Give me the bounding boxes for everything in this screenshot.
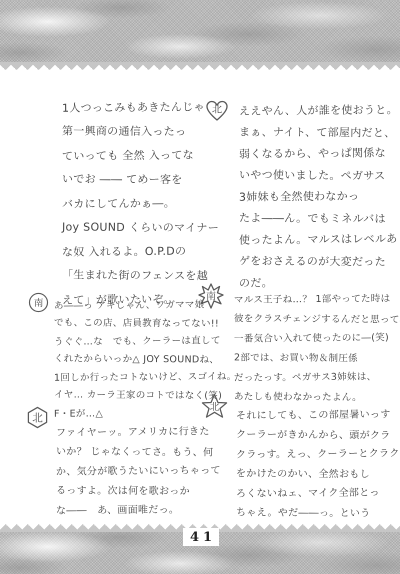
text-line: 2部では、お買い物＆制圧係 <box>234 348 400 369</box>
speaker-marker-star-icon: 北 <box>201 393 228 420</box>
text-line: マルス王子ね…？ 1部やってた時は <box>234 289 400 310</box>
scanned-doujinshi-page: { "page": { "number": "41" }, "markers":… <box>0 0 400 574</box>
text-line: いか？ じゃなくってさ。もう、何 <box>56 442 221 463</box>
text-line: それにしても、この部屋暑いっす <box>236 405 400 426</box>
text-line: ていっても 全然 入ってな <box>62 143 222 168</box>
text-line: 一番気合い入れて使ったのに―(笑) <box>234 328 400 349</box>
page-number: 41 <box>183 528 219 546</box>
text-line: イヤ… カーラ王家のコトではなく(笑) <box>54 386 224 405</box>
text-line: たよ――ん。でもミネルバは <box>239 207 399 230</box>
top-band-zigzag-edge <box>0 62 400 70</box>
text-line: バカにしてんかぁ―。 <box>62 191 222 216</box>
text-line: くれたからいっか△ JOY SOUNDね、 <box>54 350 224 369</box>
text-line: な―― あ、画面唯だっ。 <box>56 500 221 521</box>
left-column-paragraph-1: 1人つっこみもあきたんじゃ 第一興商の通信入ったっ ていっても 全然 入ってな … <box>62 96 222 312</box>
speaker-marker-hexagon-icon: 北 <box>26 406 49 429</box>
text-line: 弱くなるから、やっぱ関係な <box>239 142 399 165</box>
text-line: ファイヤーッ。アメリカに行きた <box>56 422 221 443</box>
right-column-paragraph-2: マルス王子ね…？ 1部やってた時は 彼をクラスチェンジするんだと思って、 一番気… <box>234 290 400 407</box>
text-line: ちゃえ。やだ――っ。という <box>236 503 400 524</box>
text-line: 使ったよん。マルスはレベルあ <box>239 228 399 251</box>
speaker-marker-heart-icon: 北 <box>205 99 229 122</box>
text-line: だったっす。ペガサス3姉妹は、 <box>234 367 400 388</box>
right-column-paragraph-3: それにしても、この部屋暑いっす クーラーがきかんから、頭がクラ クラっす。えっ、… <box>236 406 400 523</box>
right-column-paragraph-1: ええやん、人が誰を使おうと。 まぁ、ナイト、て部屋内だと、 弱くなるから、やっぱ… <box>239 100 399 294</box>
text-line: をかけたのかい、全然おもし <box>236 464 400 485</box>
text-line: るっすよ。次は何を歌おっか <box>56 481 221 502</box>
text-line: ええやん、人が誰を使おうと。 <box>239 99 399 122</box>
text-line: な奴 入れるよ。O.P.Dの <box>62 239 222 264</box>
text-line: うぐぐ…な でも、クーラーは直して <box>54 332 224 351</box>
text-line: あたしも使わなかったよん。 <box>234 387 400 408</box>
left-column-paragraph-3: ファイヤーッ。アメリカに行きた いか？ じゃなくってさ。もう、何 か、気分が歌う… <box>56 423 221 521</box>
text-line: ろくないねェ、マイク全部とっ <box>236 483 400 504</box>
text-line: Joy SOUND くらいのマイナー <box>62 215 222 240</box>
text-line: クラっす。えっ、クーラーとクラクラ <box>236 444 400 465</box>
text-line: 彼をクラスチェンジするんだと思って、 <box>234 309 400 330</box>
text-line: か、気分が歌うたいにいっちゃって <box>56 461 221 482</box>
left-column-paragraph-2: あ――っ アキしゃん、ワガママ娘 でも、この店、店員教育なってない!! うぐぐ…… <box>54 297 224 423</box>
text-line: 1回しか行ったコトないけど、スゴイね。 <box>54 368 224 387</box>
speaker-marker-label: 北 <box>32 412 43 424</box>
speaker-marker-label: 南 <box>34 297 44 309</box>
text-line: いでお ―― てめー客を <box>62 167 222 192</box>
text-line: 3姉妹も全然使わなかっ <box>239 185 399 208</box>
top-decorative-band <box>0 0 400 62</box>
text-line: でも、この店、店員教育なってない!! <box>54 314 224 333</box>
text-line: まぁ、ナイト、て部屋内だと、 <box>239 121 399 144</box>
speaker-marker-burst-icon: 南 <box>198 283 224 309</box>
text-line: 1人つっこみもあきたんじゃ <box>62 95 222 120</box>
text-line: F・Eが…△ <box>54 404 224 423</box>
text-line: 第一興商の通信入ったっ <box>62 119 222 144</box>
text-line: いやつ使いました。ペガサス <box>239 164 399 187</box>
speaker-marker-label: 北 <box>212 104 222 116</box>
speaker-marker-circle-icon: 南 <box>28 292 49 313</box>
speaker-marker-label: 北 <box>210 401 220 413</box>
text-line: クーラーがきかんから、頭がクラ <box>236 425 400 446</box>
speaker-marker-label: 南 <box>206 290 216 303</box>
text-line: ゲをおさえるのが大変だった <box>239 250 399 273</box>
